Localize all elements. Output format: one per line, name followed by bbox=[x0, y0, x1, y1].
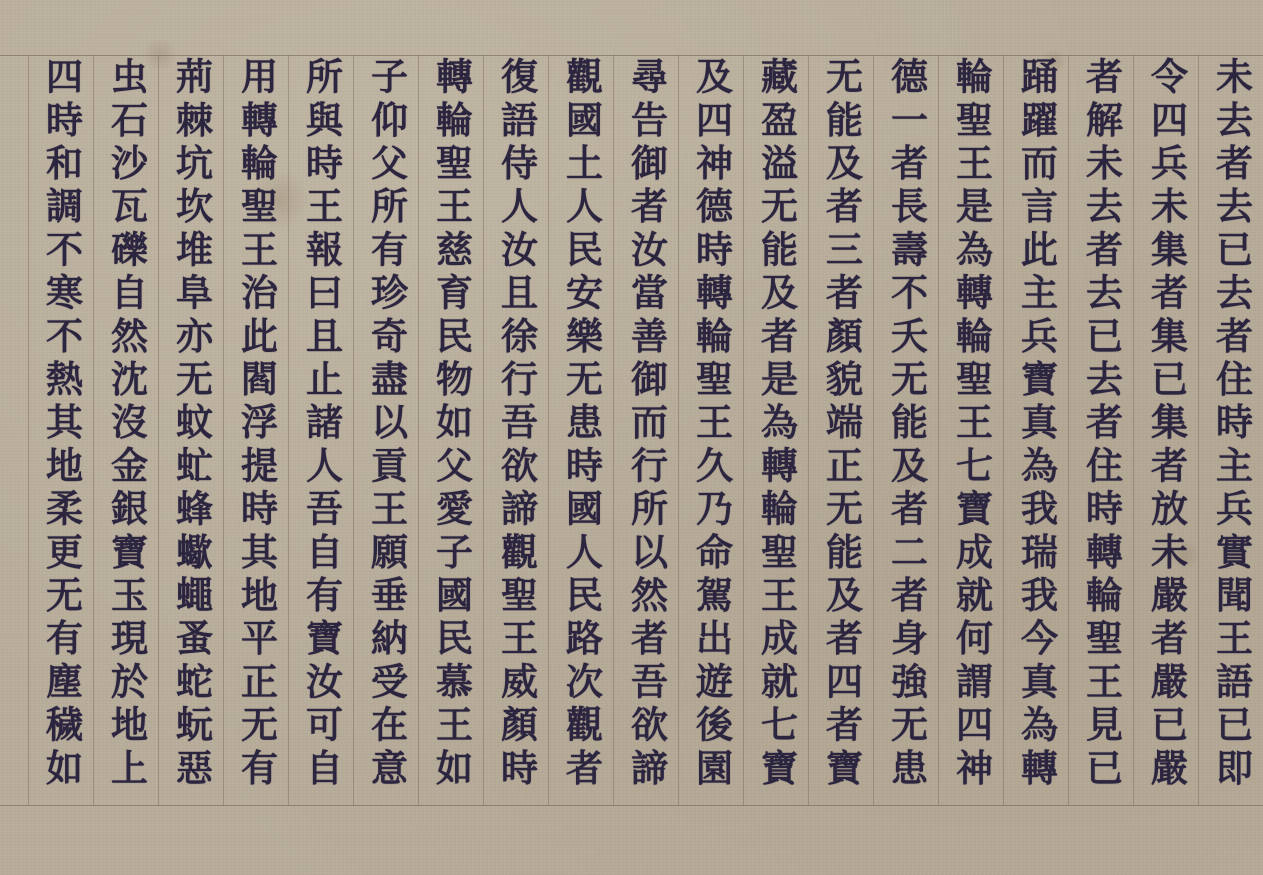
column-text: 藏盈溢无能及者是為轉輪聖王成就七寶 bbox=[744, 57, 809, 791]
column-text: 德一者長壽不夭无能及者二者身強无患 bbox=[874, 57, 939, 791]
text-column-17: 荊棘坑坎堆阜亦无蚊虻蜂蠍蠅蚤蛇蚖惡 bbox=[158, 55, 223, 805]
column-text: 四時和調不寒不熱其地柔更无有塵穢如 bbox=[29, 57, 94, 791]
text-columns: 未去者去已去者住時主兵實聞王語已即 令四兵未集者集已集者放未嚴者嚴已嚴 者解未去… bbox=[28, 55, 1263, 805]
text-column-7: 无能及者三者顏貌端正无能及者四者寶 bbox=[808, 55, 873, 805]
column-text: 所與時王報曰且止諸人吾自有寶汝可自 bbox=[289, 57, 354, 791]
column-text: 无能及者三者顏貌端正无能及者四者寶 bbox=[809, 57, 874, 791]
column-text: 轉輪聖王慈育民物如父愛子國民慕王如 bbox=[419, 57, 484, 791]
column-text: 尋告御者汝當善御而行所以然者吾欲諦 bbox=[614, 57, 679, 791]
text-column-9: 及四神德時轉輪聖王久乃命駕出遊後園 bbox=[678, 55, 743, 805]
column-text: 未去者去已去者住時主兵實聞王語已即 bbox=[1199, 57, 1263, 791]
column-text: 踊躍而言此主兵寶真為我瑞我今真為轉 bbox=[1004, 57, 1069, 791]
text-column-4: 踊躍而言此主兵寶真為我瑞我今真為轉 bbox=[1003, 55, 1068, 805]
bottom-ruling-line bbox=[0, 805, 1263, 806]
column-text: 虫石沙瓦礫自然沈沒金銀寶玉現於地上 bbox=[94, 57, 159, 791]
column-text: 觀國土人民安樂无患時國人民路次觀者 bbox=[549, 57, 614, 791]
column-text: 子仰父所有珍奇盡以貢王願垂納受在意 bbox=[354, 57, 419, 791]
text-column-18: 虫石沙瓦礫自然沈沒金銀寶玉現於地上 bbox=[93, 55, 158, 805]
column-text: 者解未去者去已去者住時轉輪聖王見已 bbox=[1069, 57, 1134, 791]
text-column-8: 藏盈溢无能及者是為轉輪聖王成就七寶 bbox=[743, 55, 808, 805]
column-text: 及四神德時轉輪聖王久乃命駕出遊後園 bbox=[679, 57, 744, 791]
text-column-14: 子仰父所有珍奇盡以貢王願垂納受在意 bbox=[353, 55, 418, 805]
text-column-16: 用轉輪聖王治此閻浮提時其地平正无有 bbox=[223, 55, 288, 805]
text-column-11: 觀國土人民安樂无患時國人民路次觀者 bbox=[548, 55, 613, 805]
text-column-15: 所與時王報曰且止諸人吾自有寶汝可自 bbox=[288, 55, 353, 805]
text-column-13: 轉輪聖王慈育民物如父愛子國民慕王如 bbox=[418, 55, 483, 805]
text-column-2: 令四兵未集者集已集者放未嚴者嚴已嚴 bbox=[1133, 55, 1198, 805]
text-column-5: 輪聖王是為轉輪聖王七寶成就何謂四神 bbox=[938, 55, 1003, 805]
text-column-10: 尋告御者汝當善御而行所以然者吾欲諦 bbox=[613, 55, 678, 805]
column-text: 輪聖王是為轉輪聖王七寶成就何謂四神 bbox=[939, 57, 1004, 791]
text-column-1: 未去者去已去者住時主兵實聞王語已即 bbox=[1198, 55, 1263, 805]
column-text: 令四兵未集者集已集者放未嚴者嚴已嚴 bbox=[1134, 57, 1199, 791]
text-column-6: 德一者長壽不夭无能及者二者身強无患 bbox=[873, 55, 938, 805]
column-text: 復語侍人汝且徐行吾欲諦觀聖王威顏時 bbox=[484, 57, 549, 791]
text-column-3: 者解未去者去已去者住時轉輪聖王見已 bbox=[1068, 55, 1133, 805]
manuscript-paper: 未去者去已去者住時主兵實聞王語已即 令四兵未集者集已集者放未嚴者嚴已嚴 者解未去… bbox=[0, 0, 1263, 875]
text-column-12: 復語侍人汝且徐行吾欲諦觀聖王威顏時 bbox=[483, 55, 548, 805]
column-text: 荊棘坑坎堆阜亦无蚊虻蜂蠍蠅蚤蛇蚖惡 bbox=[159, 57, 224, 791]
text-column-19: 四時和調不寒不熱其地柔更无有塵穢如 bbox=[28, 55, 93, 805]
column-text: 用轉輪聖王治此閻浮提時其地平正无有 bbox=[224, 57, 289, 791]
